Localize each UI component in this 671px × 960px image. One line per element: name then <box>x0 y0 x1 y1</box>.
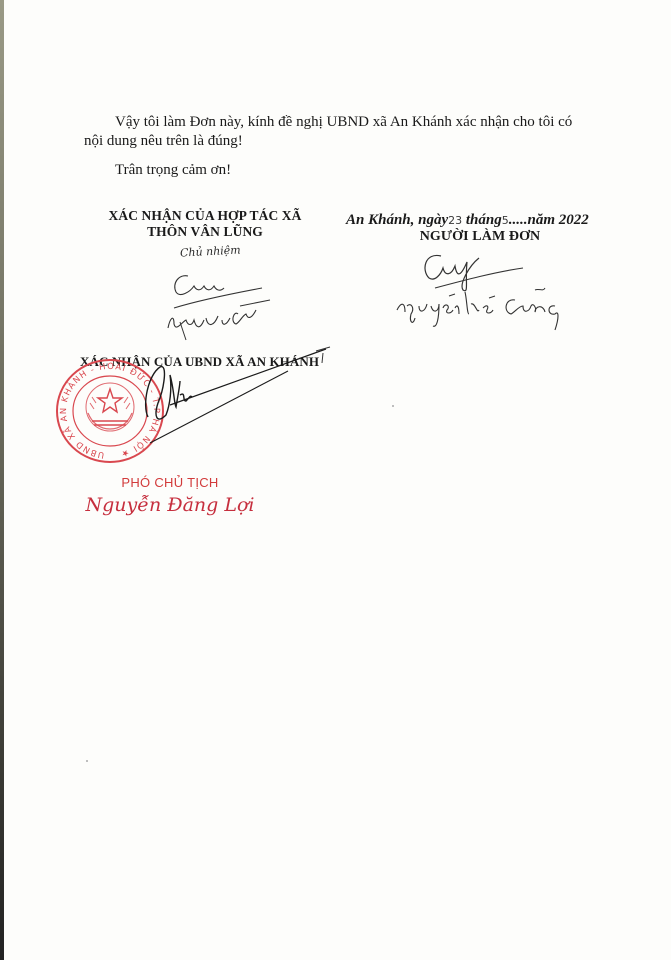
cooperative-heading: XÁC NHẬN CỦA HỢP TÁC XÃ THÔN VÂN LŨNG <box>95 208 315 240</box>
date-month: 5 <box>502 214 509 227</box>
ubnd-signature <box>140 345 340 445</box>
scan-speck <box>392 405 394 407</box>
cooperative-heading-line1: XÁC NHẬN CỦA HỢP TÁC XÃ <box>95 208 315 224</box>
month-label: tháng <box>466 212 502 228</box>
cooperative-role-handwritten: Chủ nhiệm <box>180 243 241 259</box>
cooperative-heading-line2: THÔN VÂN LŨNG <box>95 224 315 240</box>
scan-edge <box>0 0 4 960</box>
date-line: An Khánh, ngày23 tháng5.....năm 2022 <box>346 212 589 229</box>
closing-paragraph-line1: Vậy tôi làm Đơn này, kính đề nghị UBND x… <box>115 113 572 132</box>
stamp-title: PHÓ CHỦ TỊCH <box>95 475 245 490</box>
closing-paragraph-line2: nội dung nêu trên là đúng! <box>84 132 243 151</box>
thanks-text: Trân trọng cảm ơn! <box>115 161 231 180</box>
scan-speck <box>86 760 88 762</box>
stamp-name: Nguyễn Đăng Lợi <box>85 494 255 516</box>
cooperative-signature <box>160 270 280 345</box>
applicant-signature <box>395 248 615 338</box>
applicant-heading: NGƯỜI LÀM ĐƠN <box>400 229 560 245</box>
year-label: năm 2022 <box>528 212 589 228</box>
date-prefix: An Khánh, ngày <box>346 212 448 228</box>
date-day: 23 <box>448 214 462 227</box>
